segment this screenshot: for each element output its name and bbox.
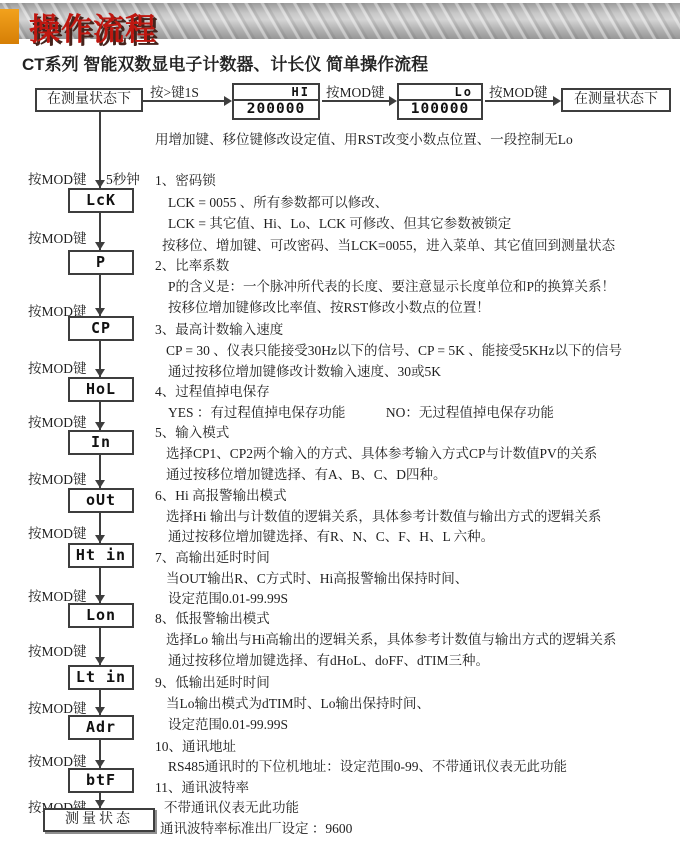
- step-line: CP = 30 、仪表只能接受30Hz以下的信号、CP = 5K 、能接受5KH…: [166, 339, 622, 359]
- hi-display-top: HI: [234, 85, 318, 101]
- step-line: 通过按移位增加键选择、有R、N、C、F、H、L 六种。: [168, 525, 494, 545]
- step-line: 选择CP1、CP2两个输入的方式、具体参考输入方式CP与计数值PV的关系: [166, 442, 597, 462]
- flow-vertical-line: [99, 112, 101, 809]
- lcd-display-cp: CP: [68, 316, 134, 341]
- lcd-display-btf: btF: [68, 768, 134, 793]
- step-line: 选择Hi 输出与计数值的逻辑关系，具体参考计数值与输出方式的逻辑关系: [166, 505, 601, 525]
- step-line: RS485通讯时的下位机地址：设定范围0-99、不带通讯仪表无此功能: [168, 755, 567, 775]
- hi-display-bottom: 200000: [234, 101, 318, 118]
- lcd-display-out: oUt: [68, 488, 134, 513]
- lcd-display-adr: Adr: [68, 715, 134, 740]
- step-heading: 2、比率系数: [155, 254, 229, 274]
- step-line: 设定范围0.01-99.99S: [168, 587, 288, 607]
- step-line: 当Lo输出模式为dTIM时、Lo输出保持时间、: [166, 692, 430, 712]
- lcd-display-lon: Lon: [68, 603, 134, 628]
- lcd-display-in: In: [68, 430, 134, 455]
- arrow-down-icon: [95, 180, 105, 188]
- step-heading: 8、低报警输出模式: [155, 607, 270, 627]
- lcd-display-p: P: [68, 250, 134, 275]
- step-line: 设定范围0.01-99.99S: [168, 713, 288, 733]
- mod-key-label: 按MOD键: [28, 585, 87, 605]
- hi-display: HI 200000: [232, 83, 320, 120]
- lo-display-bottom: 100000: [399, 101, 481, 118]
- manual-page: 操作流程 CT系列 智能双数显电子计数器、计长仪 简单操作流程 在测量状态下 按…: [0, 0, 680, 857]
- step-heading: 7、高输出延时时间: [155, 546, 270, 566]
- step-heading: 3、最高计数输入速度: [155, 318, 283, 338]
- mod-key-label: 按MOD键: [28, 168, 87, 188]
- mod-key-label: 按MOD键: [489, 81, 548, 101]
- step-line: 当OUT输出R、C方式时、Hi高报警输出保持时间、: [166, 567, 468, 587]
- step-line: LCK = 其它值、Hi、Lo、LCK 可修改、但其它参数被锁定: [168, 212, 511, 232]
- arrow-right-icon: [389, 96, 397, 106]
- arrow-right-icon: [553, 96, 561, 106]
- step-line: 通过按移位增加键修改计数输入速度、30或5K: [168, 360, 441, 380]
- step-heading: 10、通讯地址: [155, 735, 236, 755]
- step-heading: 5、输入模式: [155, 421, 229, 441]
- hold-5s-label: 5秒钟: [106, 168, 140, 188]
- measure-state-box: 测量状态: [43, 808, 155, 832]
- step-line: YES ：有过程值掉电保存功能 NO：无过程值掉电保存功能: [168, 401, 554, 421]
- flow-note: 用增加键、移位键修改设定值、用RST改变小数点位置、一段控制无Lo: [155, 128, 573, 148]
- step-line: LCK = 0055 、所有参数都可以修改、: [168, 191, 388, 211]
- mod-key-label: 按MOD键: [28, 697, 87, 717]
- mod-key-label: 按MOD键: [28, 522, 87, 542]
- step-line: P的含义是：一个脉冲所代表的长度、要注意显示长度单位和P的换算关系！: [168, 275, 615, 295]
- arrow-down-icon: [95, 760, 105, 768]
- arrow-down-icon: [95, 595, 105, 603]
- step-line: 不带通讯仪表无此功能: [164, 796, 299, 816]
- arrow-down-icon: [95, 535, 105, 543]
- step-line: 通讯波特率标准出厂设定 ：9600: [160, 817, 352, 837]
- mod-key-label: 按MOD键: [28, 411, 87, 431]
- banner-title: 操作流程: [29, 4, 157, 49]
- mod-key-label: 按MOD键: [28, 468, 87, 488]
- step-heading: 4、过程值掉电保存: [155, 380, 270, 400]
- orange-accent-bar: [0, 9, 19, 44]
- arrow-down-icon: [95, 308, 105, 316]
- mod-key-label: 按MOD键: [28, 640, 87, 660]
- page-title: CT系列 智能双数显电子计数器、计长仪 简单操作流程: [22, 50, 428, 75]
- step-line: 按移位增加键修改比率值、按RST修改小数点的位置！: [168, 296, 490, 316]
- arrow-down-icon: [95, 369, 105, 377]
- lcd-display-lck: LcK: [68, 188, 134, 213]
- lcd-display-hol: HoL: [68, 377, 134, 402]
- arrow-down-icon: [95, 707, 105, 715]
- arrow-down-icon: [95, 800, 105, 808]
- step-line: 通过按移位增加键选择、有dHoL、doFF、dTIM三种。: [168, 649, 489, 669]
- arrow-down-icon: [95, 422, 105, 430]
- arrow-right-icon: [224, 96, 232, 106]
- step-heading: 9、低输出延时时间: [155, 671, 270, 691]
- step-line: 选择Lo 输出与Hi高输出的逻辑关系，具体参考计数值与输出方式的逻辑关系: [166, 628, 616, 648]
- mod-key-label: 按MOD键: [28, 750, 87, 770]
- mod-key-label: 按MOD键: [326, 81, 385, 101]
- shift-key-label: 按>键1S: [150, 81, 199, 101]
- flow-end-box: 在测量状态下: [561, 88, 671, 112]
- lcd-display-htin: Ht in: [68, 543, 134, 568]
- mod-key-label: 按MOD键: [28, 227, 87, 247]
- step-line: 按移位、增加键、可改密码、当LCK=0055，进入菜单、其它值回到测量状态: [162, 234, 615, 254]
- arrow-down-icon: [95, 480, 105, 488]
- step-heading: 6、Hi 高报警输出模式: [155, 484, 287, 504]
- flow-start-box: 在测量状态下: [35, 88, 143, 112]
- lcd-display-ltin: Lt in: [68, 665, 134, 690]
- step-heading: 11、通讯波特率: [155, 776, 249, 796]
- step-line: 通过按移位增加键选择、有A、B、C、D四种。: [166, 463, 447, 483]
- lo-display: Lo 100000: [397, 83, 483, 120]
- arrow-down-icon: [95, 657, 105, 665]
- arrow-down-icon: [95, 242, 105, 250]
- mod-key-label: 按MOD键: [28, 357, 87, 377]
- lo-display-top: Lo: [399, 85, 481, 101]
- step-heading: 1、密码锁: [155, 169, 216, 189]
